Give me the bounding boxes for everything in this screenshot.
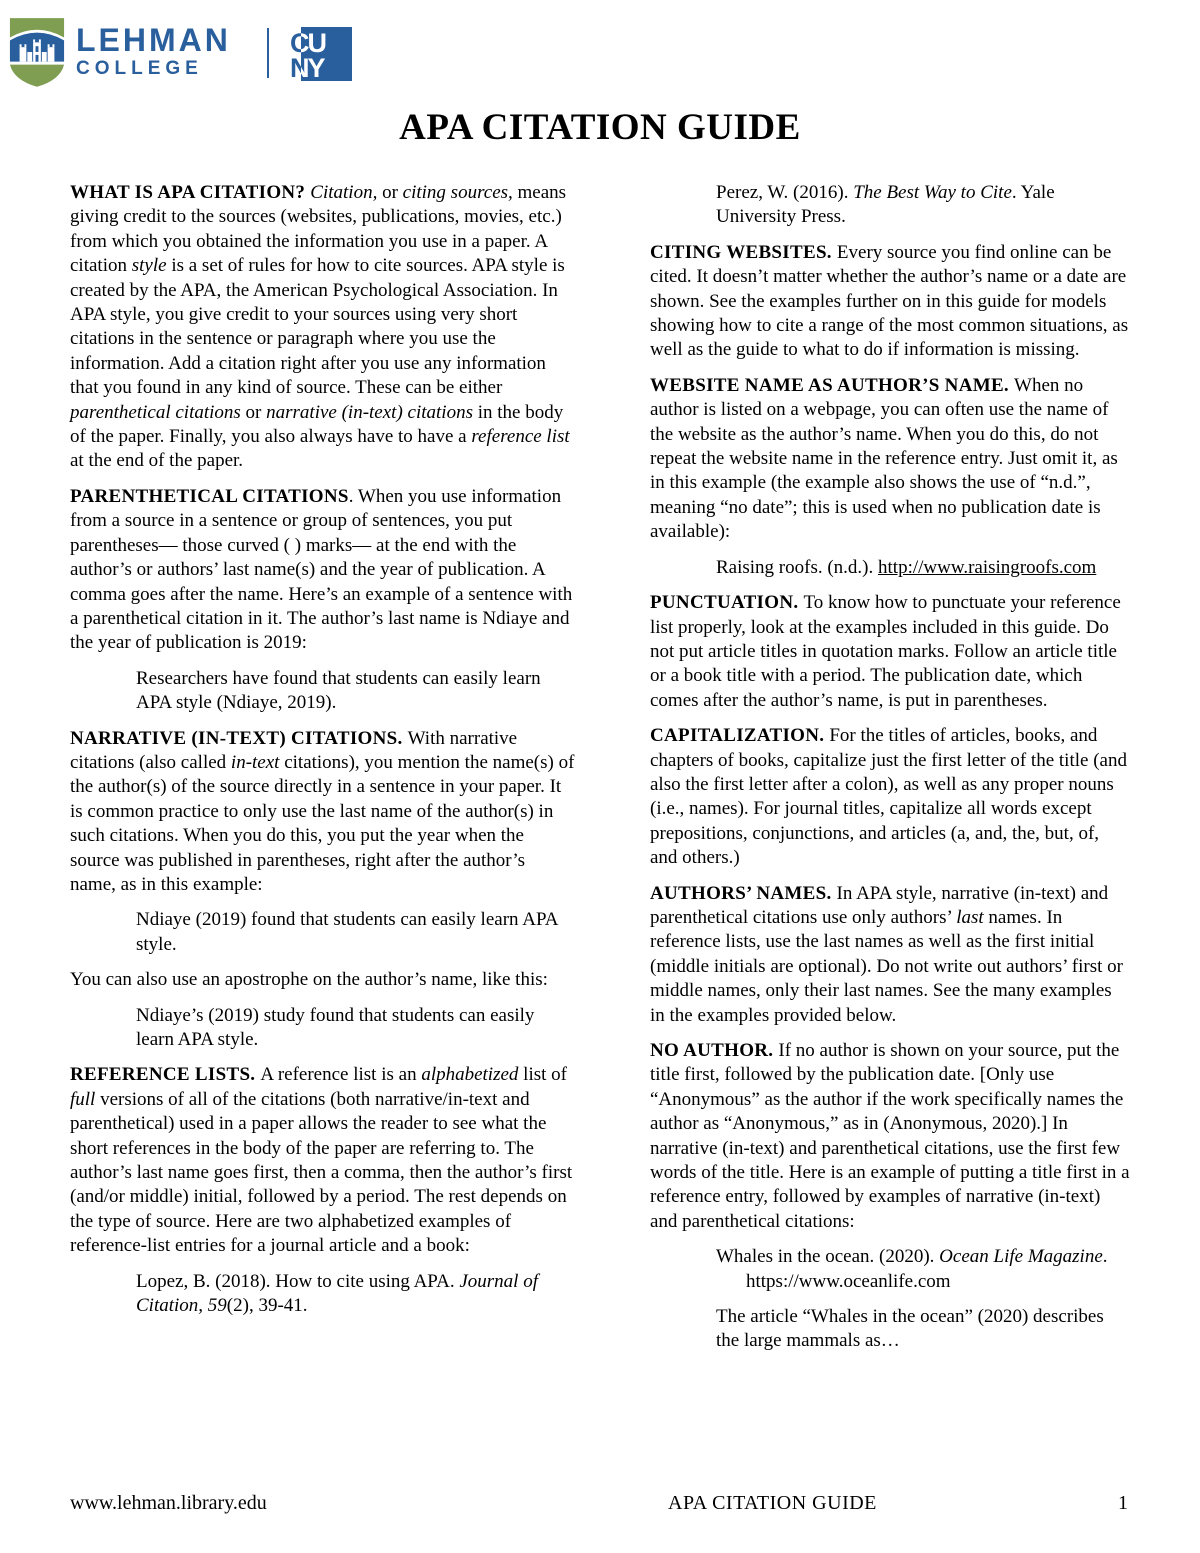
right-column: Perez, W. (2016). The Best Way to Cite. … <box>650 181 1130 1365</box>
example-block: Raising roofs. (n.d.). http://www.raisin… <box>716 556 1130 580</box>
text-segment: (2), 39-41. <box>227 1295 308 1316</box>
text-segment: list of <box>518 1064 567 1085</box>
text-segment: Whales in the ocean. (2020). <box>716 1246 939 1267</box>
text-segment: full <box>70 1089 95 1110</box>
text-segment: in-text <box>231 752 280 773</box>
text-segment: PUNCTUATION. <box>650 592 803 613</box>
text-segment: Researchers have found that students can… <box>136 668 541 713</box>
paragraph: CITING WEBSITES. Every source you find o… <box>650 241 1130 363</box>
text-segment: NARRATIVE (IN-TEXT) CITATIONS. <box>70 728 408 749</box>
example-block: Lopez, B. (2018). How to cite using APA.… <box>136 1270 575 1319</box>
text-segment: Ocean Life Magazine <box>939 1246 1103 1267</box>
paragraph: You can also use an apostrophe on the au… <box>70 968 575 992</box>
text-segment: Raising roofs. (n.d.). <box>716 557 878 578</box>
text-segment: narrative (in-text) citations <box>266 402 473 423</box>
paragraph: PUNCTUATION. To know how to punctuate yo… <box>650 591 1130 713</box>
example-block: Ndiaye’s (2019) study found that student… <box>136 1004 575 1053</box>
text-segment: is a set of rules for how to cite source… <box>70 255 565 398</box>
document-page: LEHMAN COLLEGE CU NY CU NY APA CITATION … <box>0 0 1200 1553</box>
footer: www.lehman.library.edu APA CITATION GUID… <box>0 1492 1200 1522</box>
text-segment: at the end of the paper. <box>70 450 243 471</box>
example-block: Whales in the ocean. (2020). Ocean Life … <box>716 1245 1130 1294</box>
text-segment: REFERENCE LISTS. <box>70 1064 260 1085</box>
paragraph: REFERENCE LISTS. A reference list is an … <box>70 1063 575 1258</box>
cuny-logo-icon: CU NY CU NY <box>287 26 353 82</box>
text-segment: Perez, W. (2016). <box>716 182 853 203</box>
example-block: Perez, W. (2016). The Best Way to Cite. … <box>716 181 1130 230</box>
lehman-name: LEHMAN <box>76 24 231 56</box>
footer-page-number: 1 <box>1118 1492 1128 1515</box>
paragraph: CAPITALIZATION. For the titles of articl… <box>650 724 1130 870</box>
text-segment: https://www.oceanlife.com <box>746 1271 951 1292</box>
page-title: APA CITATION GUIDE <box>0 106 1200 149</box>
text-segment: NO AUTHOR. <box>650 1040 778 1061</box>
text-segment: Ndiaye (2019) found that students can ea… <box>136 909 557 954</box>
text-segment: . When you use information from a source… <box>70 486 572 653</box>
paragraph: NO AUTHOR. If no author is shown on your… <box>650 1039 1130 1234</box>
paragraph: NARRATIVE (IN-TEXT) CITATIONS. With narr… <box>70 727 575 898</box>
text-segment: WEBSITE NAME AS AUTHOR’S NAME. <box>650 375 1014 396</box>
left-column: WHAT IS APA CITATION? Citation, or citin… <box>70 181 575 1365</box>
footer-doc-title: APA CITATION GUIDE <box>668 1492 877 1515</box>
text-segment: alphabetized <box>421 1064 518 1085</box>
text-segment: reference list <box>471 426 569 447</box>
example-block: The article “Whales in the ocean” (2020)… <box>716 1305 1130 1354</box>
text-segment: If no author is shown on your source, pu… <box>650 1040 1130 1232</box>
text-segment: Citation, <box>310 182 377 203</box>
logo-divider <box>267 28 269 78</box>
paragraph: AUTHORS’ NAMES. In APA style, narrative … <box>650 882 1130 1028</box>
text-segment: AUTHORS’ NAMES. <box>650 883 837 904</box>
example-block: Ndiaye (2019) found that students can ea… <box>136 908 575 957</box>
college-name: COLLEGE <box>76 59 231 79</box>
text-segment: or <box>377 182 402 203</box>
paragraph: WEBSITE NAME AS AUTHOR’S NAME. When no a… <box>650 374 1130 545</box>
paragraph: PARENTHETICAL CITATIONS. When you use in… <box>70 485 575 656</box>
text-segment: PARENTHETICAL CITATIONS <box>70 486 349 507</box>
example-line: Whales in the ocean. (2020). Ocean Life … <box>716 1245 1130 1269</box>
text-segment: citations), you mention the name(s) of t… <box>70 752 574 895</box>
header: LEHMAN COLLEGE CU NY CU NY <box>0 0 1200 100</box>
lehman-shield-icon <box>8 16 66 88</box>
text-segment: last <box>956 907 983 928</box>
paragraph: WHAT IS APA CITATION? Citation, or citin… <box>70 181 575 474</box>
footer-library-url: www.lehman.library.edu <box>70 1492 267 1515</box>
text-segment: When no author is listed on a webpage, y… <box>650 375 1118 542</box>
text-segment: The article “Whales in the ocean” (2020)… <box>716 1306 1104 1351</box>
text-segment: WHAT IS APA CITATION? <box>70 182 310 203</box>
text-segment: For the titles of articles, books, and c… <box>650 725 1127 868</box>
text-segment: parenthetical citations <box>70 402 241 423</box>
text-segment: Lopez, B. (2018). How to cite using APA. <box>136 1271 459 1292</box>
text-segment: versions of all of the citations (both n… <box>70 1089 572 1256</box>
text-segment: . <box>1103 1246 1108 1267</box>
text-segment: You can also use an apostrophe on the au… <box>70 969 548 990</box>
text-segment: The Best Way to Cite <box>853 182 1012 203</box>
text-segment: or <box>241 402 266 423</box>
url-link[interactable]: http://www.raisingroofs.com <box>878 557 1096 578</box>
text-segment: CAPITALIZATION. <box>650 725 829 746</box>
example-line: https://www.oceanlife.com <box>746 1270 1130 1294</box>
text-segment: Ndiaye’s (2019) study found that student… <box>136 1005 534 1050</box>
text-segment: style <box>132 255 167 276</box>
lehman-wordmark: LEHMAN COLLEGE <box>76 24 231 79</box>
text-segment: CITING WEBSITES. <box>650 242 837 263</box>
text-segment: citing sources, <box>403 182 513 203</box>
text-segment: A reference list is an <box>260 1064 421 1085</box>
two-column-body: WHAT IS APA CITATION? Citation, or citin… <box>70 181 1130 1365</box>
example-block: Researchers have found that students can… <box>136 667 575 716</box>
